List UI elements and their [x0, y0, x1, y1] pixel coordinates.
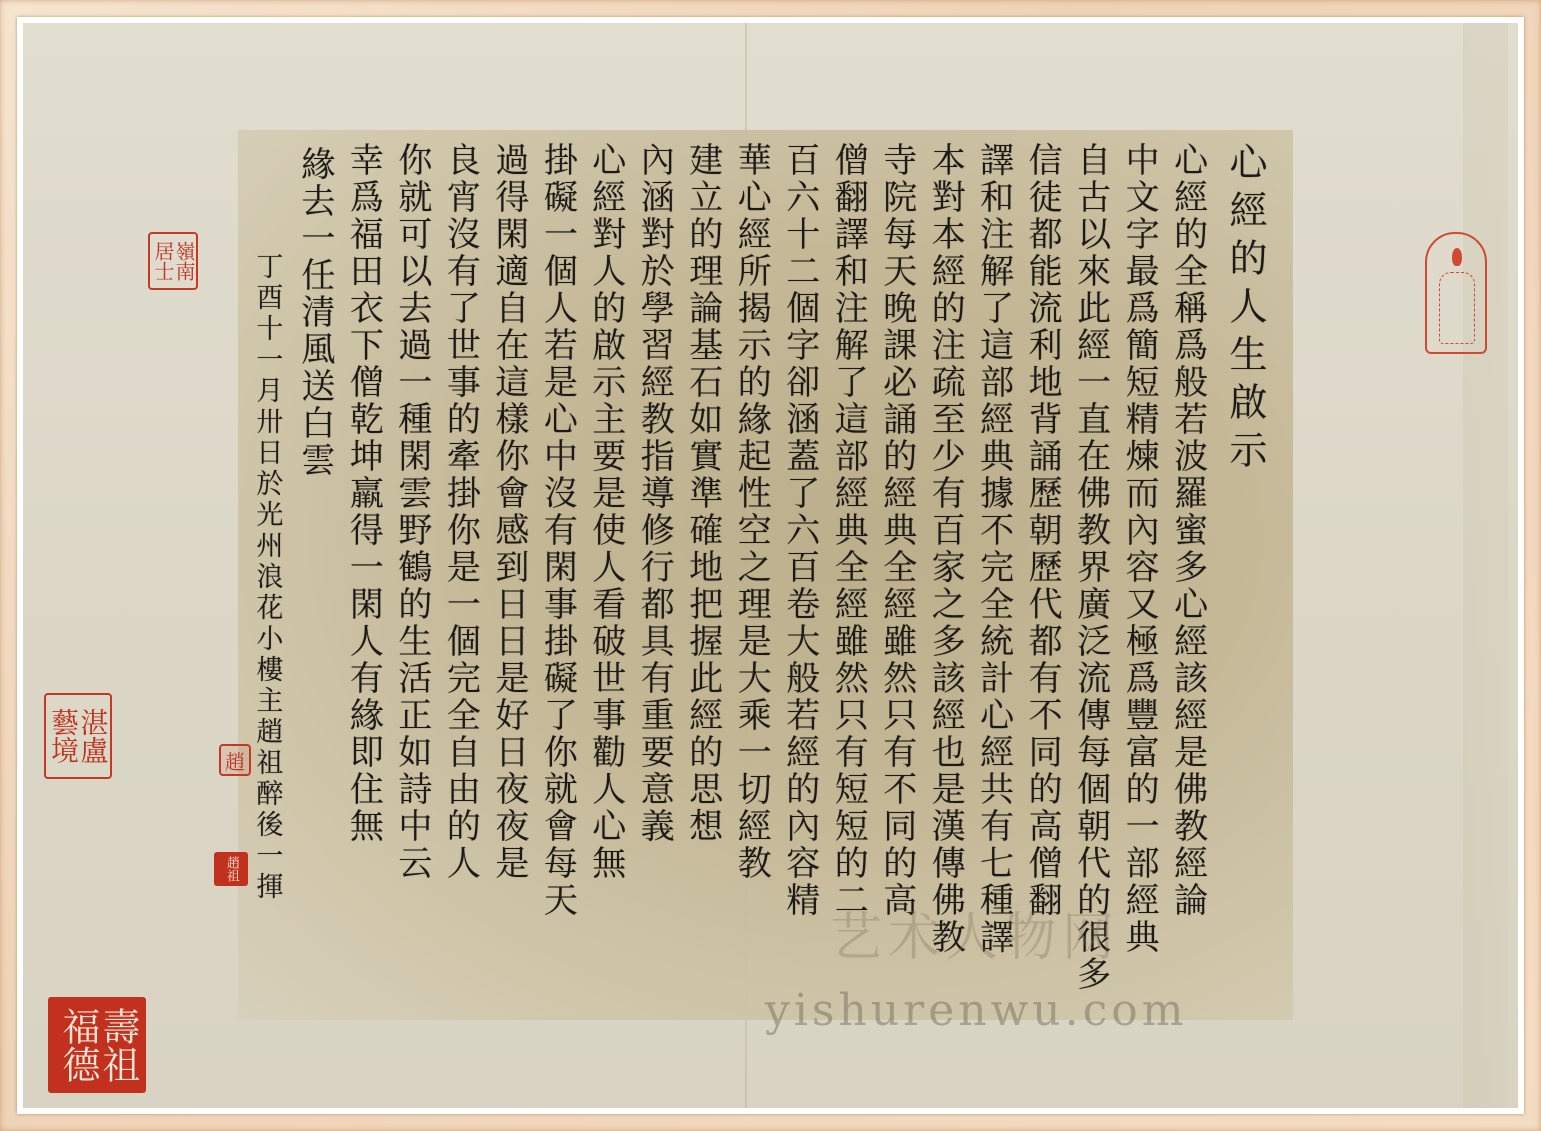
text-column: 華心經所揭示的緣起性空之理是大乘一切經教 — [726, 142, 774, 1022]
text-column: 心經對人的啟示主要是使人看破世事勸人心無 — [580, 142, 628, 1022]
text-column: 本對本經的注疏至少有百家之多該經也是漢傳佛教 — [920, 142, 968, 1022]
buddha-figure-seal — [1425, 232, 1487, 354]
text-column: 建立的理論基石如實準確地把握此經的思想 — [677, 142, 725, 1022]
text-column: 你就可以去過一種閑雲野鶴的生活正如詩中云 — [386, 142, 434, 1022]
text-column: 中文字最爲簡短精煉而內容又極爲豐富的一部經典 — [1114, 142, 1162, 1022]
text-column: 譯和注解了這部經典據不完全統計心經共有七種譯 — [968, 142, 1016, 1022]
inscription-column: 丁酉十一月卅日於光州浪花小樓主趙祖醉後一揮 — [238, 142, 289, 1022]
text-column: 幸爲福田衣下僧乾坤羸得一閑人有緣即住無 — [338, 142, 386, 1022]
text-column: 緣去一任清風送白雲 — [289, 142, 337, 1022]
seal-top-left: 嶺南居士 — [148, 232, 198, 290]
text-column: 掛礙一個人若是心中沒有閑事掛礙了你就會每天 — [532, 142, 580, 1022]
calligraphy-text: 心經的人生啟示 心經的全稱爲般若波羅蜜多心經該經是佛教經論 中文字最爲簡短精煉而… — [238, 142, 1268, 1022]
seal-text: 趙祖 — [224, 856, 238, 882]
seal-text: 壽祖福德 — [57, 997, 137, 1093]
text-column: 百六十二個字卻涵蓋了六百卷大般若經的內容精 — [774, 142, 822, 1022]
watermark-chinese: 艺术人物网 — [830, 895, 1120, 970]
text-column: 心經的全稱爲般若波羅蜜多心經該經是佛教經論 — [1162, 142, 1210, 1022]
text-column: 過得閑適自在這樣你會感到日日是好日夜夜是 — [483, 142, 531, 1022]
text-column: 信徒都能流利地背誦歷朝歷代都有不同的高僧翻 — [1017, 142, 1065, 1022]
calligraphy-title: 心經的人生啟示 — [1211, 142, 1268, 1022]
signature-seal-1: 趙 — [219, 744, 251, 776]
watermark-url: yishurenwu.com — [765, 985, 1187, 1036]
text-column: 自古以來此經一直在佛教界廣泛流傳每個朝代的很多 — [1065, 142, 1113, 1022]
buddha-head-icon — [1452, 248, 1462, 266]
seal-text: 嶺南居士 — [152, 234, 194, 288]
buddha-body-icon — [1439, 272, 1475, 344]
seal-text: 湛盧藝境 — [49, 695, 108, 777]
seal-text: 趙 — [225, 746, 245, 775]
text-column: 良宵沒有了世事的牽掛你是一個完全自由的人 — [435, 142, 483, 1022]
mount-stripe — [1463, 23, 1508, 1108]
text-column: 僧翻譯和注解了這部經典全經雖然只有短短的二 — [823, 142, 871, 1022]
signature-seal-2: 趙祖 — [214, 852, 248, 886]
text-column: 寺院每天晚課必誦的經典全經雖然只有不同的高 — [871, 142, 919, 1022]
seal-bottom-left: 壽祖福德 — [48, 997, 146, 1093]
text-column: 內涵對於學習經教指導修行都具有重要意義 — [629, 142, 677, 1022]
seal-middle-left: 湛盧藝境 — [44, 693, 112, 779]
